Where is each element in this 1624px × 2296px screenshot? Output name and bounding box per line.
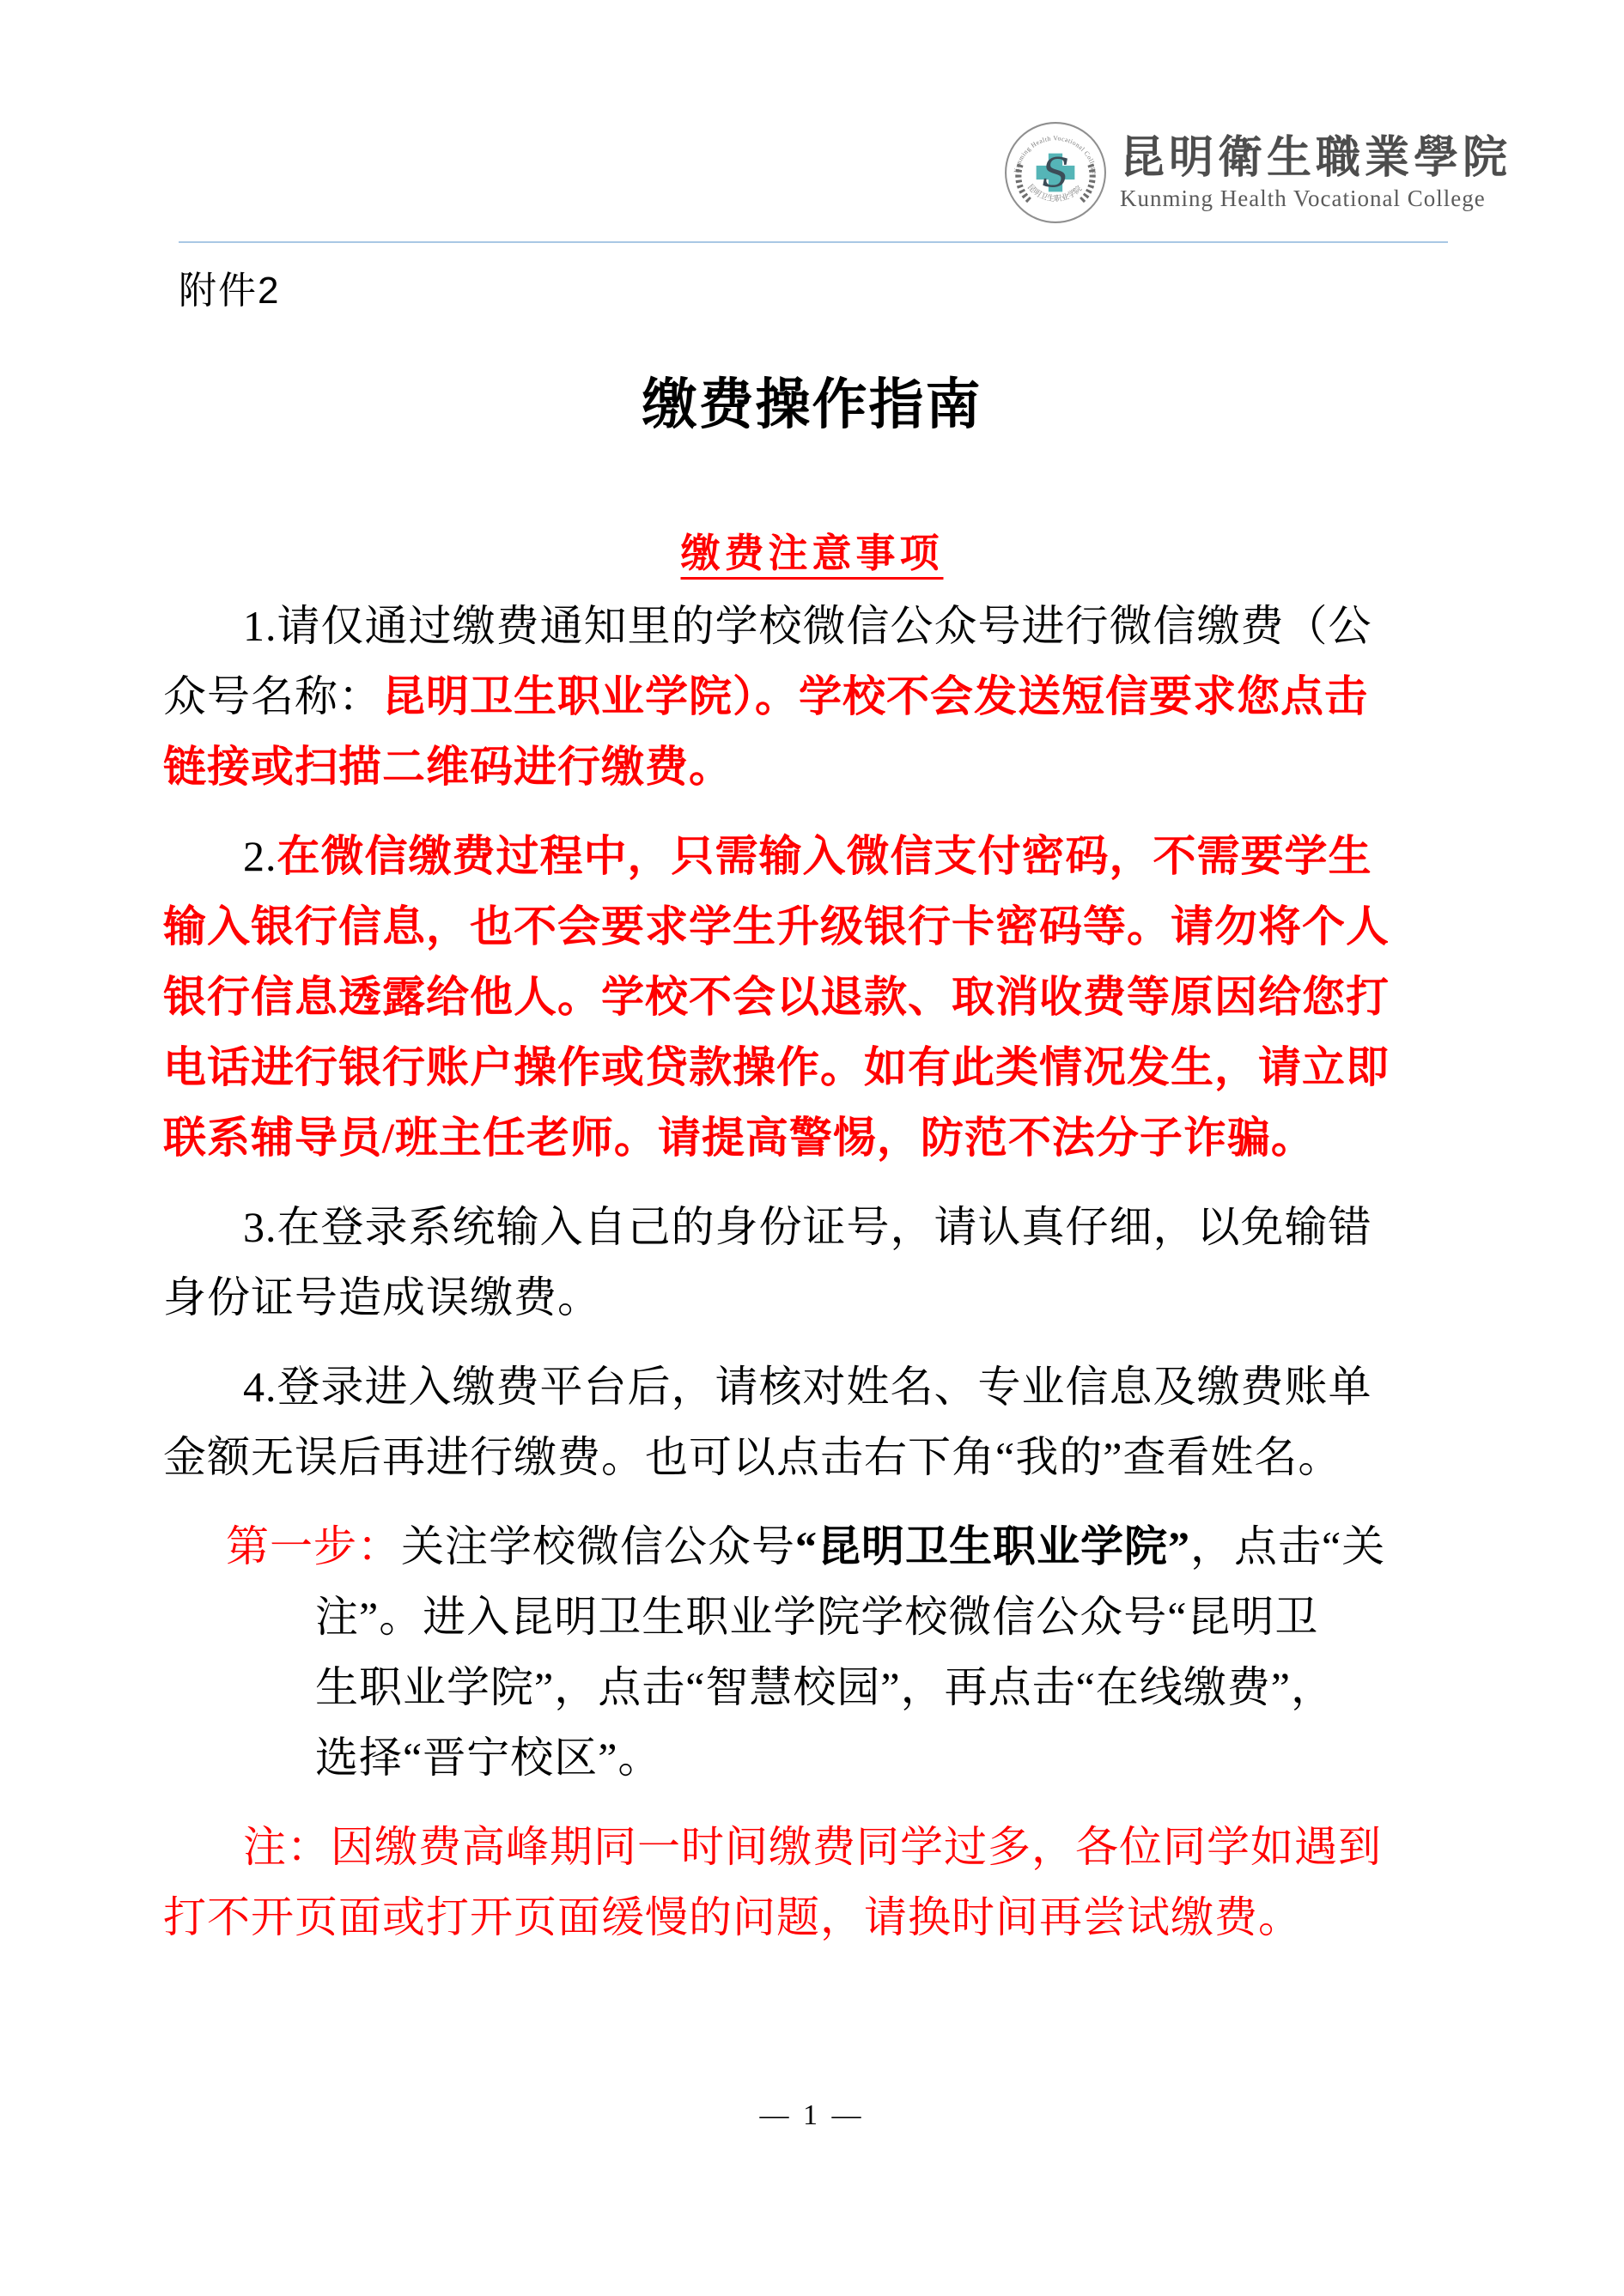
text-run: 身份证号造成误缴费。: [163, 1273, 601, 1321]
body-line: 身份证号造成误缴费。: [163, 1262, 1469, 1333]
body-line: 注”。进入昆明卫生职业学院学校微信公众号“昆明卫: [163, 1582, 1469, 1652]
text-run: 关注学校微信公众号: [401, 1522, 795, 1570]
body-line: 选择“晋宁校区”。: [163, 1722, 1469, 1793]
text-run: 打不开页面或打开页面缓慢的问题，请换时间再尝试缴费。: [163, 1893, 1302, 1941]
text-run: 2.: [243, 832, 277, 880]
text-run: 4.登录进入缴费平台后，请核对姓名、专业信息及缴费账单: [243, 1363, 1372, 1411]
text-run: “昆明卫生职业学院”: [795, 1522, 1190, 1570]
text-run: 1.请仅通过缴费通知里的学校微信公众号进行微信缴费（公: [243, 602, 1372, 650]
text-run: 银行信息透露给他人。学校不会以退款、取消收费等原因给您打: [163, 973, 1390, 1021]
text-run: 输入银行信息，也不会要求学生升级银行卡密码等。请勿将个人: [163, 902, 1390, 951]
body-line: 电话进行银行账户操作或贷款操作。如有此类情况发生，请立即: [163, 1032, 1469, 1102]
document-page: Kunming Health Vocational College S 昆明卫生…: [0, 0, 1624, 2296]
text-run: 联系辅导员/班主任老师。请提高警惕，防范不法分子诈骗。: [163, 1114, 1315, 1162]
body-line: 生职业学院”，点击“智慧校园”，再点击“在线缴费”，: [163, 1652, 1469, 1722]
body-lines: 1.请仅通过缴费通知里的学校微信公众号进行微信缴费（公众号名称：昆明卫生职业学院…: [163, 591, 1469, 1953]
college-names: 昆明衛生職業學院 Kunming Health Vocational Colle…: [1120, 132, 1511, 213]
text-run: 在微信缴费过程中，只需输入微信支付密码，不需要学生: [277, 832, 1372, 880]
college-name-english: Kunming Health Vocational College: [1120, 184, 1486, 213]
text-run: 电话进行银行账户操作或贷款操作。如有此类情况发生，请立即: [163, 1043, 1390, 1091]
page-number: — 1 —: [0, 2099, 1624, 2132]
body-line: 输入银行信息，也不会要求学生升级银行卡密码等。请勿将个人: [163, 891, 1469, 962]
college-name-chinese: 昆明衛生職業學院: [1120, 132, 1511, 184]
college-seal-icon: Kunming Health Vocational College S 昆明卫生…: [1003, 120, 1108, 225]
text-run: 注：因缴费高峰期同一时间缴费同学过多，各位同学如遇到: [243, 1823, 1382, 1871]
text-run: 链接或扫描二维码进行缴费。: [163, 743, 733, 791]
text-run: 昆明卫生职业学院）。学校不会发送短信要求您点击: [382, 672, 1368, 720]
seal-monogram: S: [1042, 150, 1069, 197]
header-divider: [179, 241, 1448, 243]
text-run: 3.在登录系统输入自己的身份证号，请认真仔细，以免输错: [243, 1203, 1372, 1251]
text-run: 注”。进入昆明卫生职业学院学校微信公众号“昆明卫: [315, 1593, 1318, 1641]
section-heading-wrap: 缴费注意事项: [0, 522, 1624, 579]
text-run: ，点击“关: [1190, 1522, 1385, 1570]
body-line: 注：因缴费高峰期同一时间缴费同学过多，各位同学如遇到: [163, 1812, 1469, 1882]
college-logo: Kunming Health Vocational College S 昆明卫生…: [1003, 120, 1511, 225]
body-line: 3.在登录系统输入自己的身份证号，请认真仔细，以免输错: [163, 1192, 1469, 1262]
body-line: 银行信息透露给他人。学校不会以退款、取消收费等原因给您打: [163, 962, 1469, 1032]
section-heading: 缴费注意事项: [681, 522, 944, 579]
text-run: 选择“晋宁校区”。: [315, 1734, 661, 1782]
body-line: 链接或扫描二维码进行缴费。: [163, 732, 1469, 802]
text-run: 生职业学院”，点击“智慧校园”，再点击“在线缴费”，: [315, 1663, 1335, 1711]
body-line: 第一步：关注学校微信公众号“昆明卫生职业学院”，点击“关: [163, 1511, 1469, 1582]
text-run: 第一步：: [226, 1522, 401, 1570]
text-run: 众号名称：: [163, 672, 382, 720]
body-line: 2.在微信缴费过程中，只需输入微信支付密码，不需要学生: [163, 821, 1469, 891]
body-line: 众号名称：昆明卫生职业学院）。学校不会发送短信要求您点击: [163, 661, 1469, 732]
attachment-label: 附件2: [179, 270, 280, 313]
body-line: 联系辅导员/班主任老师。请提高警惕，防范不法分子诈骗。: [163, 1102, 1469, 1173]
page-title: 缴费操作指南: [0, 361, 1624, 440]
body-line: 打不开页面或打开页面缓慢的问题，请换时间再尝试缴费。: [163, 1882, 1469, 1953]
text-run: 金额无误后再进行缴费。也可以点击右下角“我的”查看姓名。: [163, 1433, 1341, 1481]
body-line: 1.请仅通过缴费通知里的学校微信公众号进行微信缴费（公: [163, 591, 1469, 661]
body-line: 4.登录进入缴费平台后，请核对姓名、专业信息及缴费账单: [163, 1351, 1469, 1422]
body-line: 金额无误后再进行缴费。也可以点击右下角“我的”查看姓名。: [163, 1422, 1469, 1492]
